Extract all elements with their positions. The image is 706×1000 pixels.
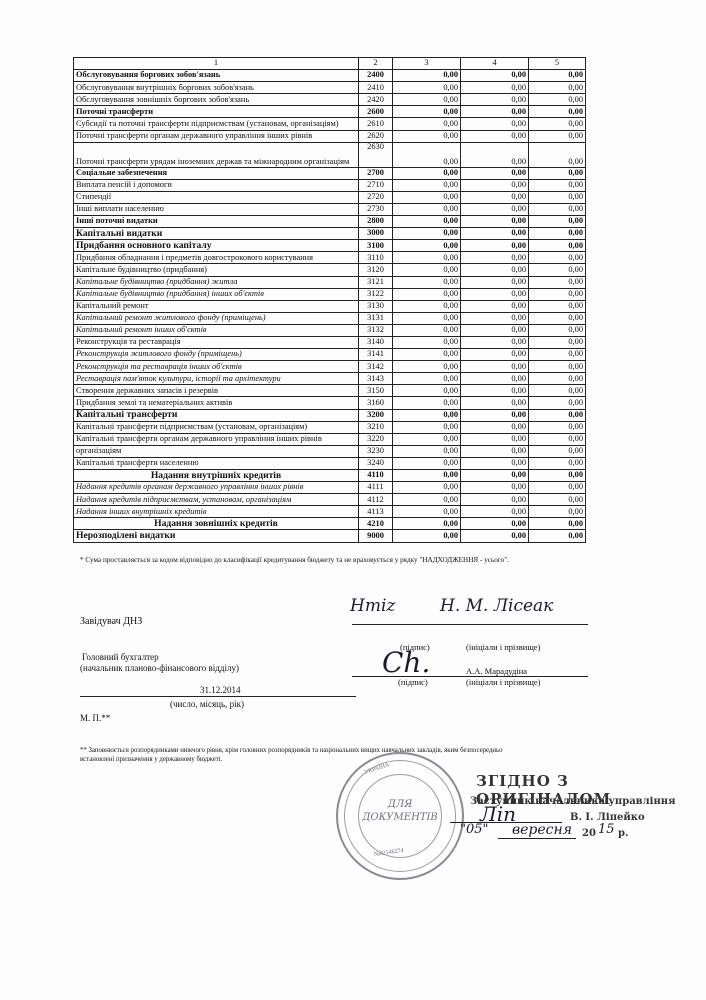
table-row: Капітальний ремонт31300,000,000,00 bbox=[74, 300, 586, 312]
row-code: 3200 bbox=[359, 409, 393, 421]
row-col3: 0,00 bbox=[393, 106, 461, 118]
row-code: 3120 bbox=[359, 264, 393, 276]
table-row: Надання зовнішніх кредитів42100,000,000,… bbox=[74, 518, 586, 530]
certification-year-unit: р. bbox=[618, 828, 628, 839]
row-col3: 0,00 bbox=[393, 324, 461, 336]
row-code: 3240 bbox=[359, 457, 393, 469]
stamp-center-text: ДЛЯ ДОКУМЕНТІВ bbox=[338, 798, 462, 824]
row-col4: 0,00 bbox=[461, 276, 529, 288]
row-col4: 0,00 bbox=[461, 106, 529, 118]
stamp-center-line1: ДЛЯ bbox=[338, 798, 462, 811]
document-page: 1 2 3 4 5 Обслуговування боргових зобов'… bbox=[0, 0, 706, 1000]
row-label: Реконструкція та реставрація bbox=[74, 336, 359, 348]
row-code: 2420 bbox=[359, 94, 393, 106]
row-label: Капітальні видатки bbox=[74, 228, 359, 240]
seal-label: М. П.** bbox=[80, 713, 110, 723]
row-code: 3140 bbox=[359, 336, 393, 348]
row-col5: 0,00 bbox=[529, 409, 586, 421]
row-col4: 0,00 bbox=[461, 82, 529, 94]
row-label: Надання зовнішніх кредитів bbox=[74, 518, 359, 530]
table-row: Капітальне будівництво (придбання)31200,… bbox=[74, 264, 586, 276]
row-col3: 0,00 bbox=[393, 457, 461, 469]
row-col3: 0,00 bbox=[393, 530, 461, 542]
row-code: 3000 bbox=[359, 228, 393, 240]
table-row: Створення державних запасів і резервів31… bbox=[74, 385, 586, 397]
table-row: Інші поточні видатки28000,000,000,00 bbox=[74, 216, 586, 228]
row-col5: 0,00 bbox=[529, 252, 586, 264]
table-row: Капітальний ремонт житлового фонду (прим… bbox=[74, 312, 586, 324]
row-col4: 0,00 bbox=[461, 94, 529, 106]
row-col5: 0,00 bbox=[529, 203, 586, 215]
row-col3: 0,00 bbox=[393, 445, 461, 457]
row-col4: 0,00 bbox=[461, 506, 529, 518]
row-label: Надання інших внутрішніх кредитів bbox=[74, 506, 359, 518]
row-col5: 0,00 bbox=[529, 385, 586, 397]
row-col3: 0,00 bbox=[393, 300, 461, 312]
row-col5: 0,00 bbox=[529, 82, 586, 94]
row-col4: 0,00 bbox=[461, 409, 529, 421]
row-col5: 0,00 bbox=[529, 312, 586, 324]
table-row: Надання кредитів органам державного упра… bbox=[74, 482, 586, 494]
row-label: Інші виплати населенню bbox=[74, 203, 359, 215]
row-code: 2600 bbox=[359, 106, 393, 118]
table-row: Капітальні трансферти підприємствам (уст… bbox=[74, 421, 586, 433]
row-code: 4112 bbox=[359, 494, 393, 506]
row-col3: 0,00 bbox=[393, 276, 461, 288]
head-title: Завідувач ДНЗ bbox=[80, 616, 142, 627]
row-code: 3130 bbox=[359, 300, 393, 312]
row-col4: 0,00 bbox=[461, 252, 529, 264]
table-row: Капітальне будівництво (придбання) інших… bbox=[74, 288, 586, 300]
row-col5: 0,00 bbox=[529, 421, 586, 433]
row-col4: 0,00 bbox=[461, 457, 529, 469]
accountant-name: А.А. Марадудіна bbox=[466, 666, 527, 676]
row-col3: 0,00 bbox=[393, 397, 461, 409]
row-label: Капітальне будівництво (придбання) bbox=[74, 264, 359, 276]
row-col5: 0,00 bbox=[529, 216, 586, 228]
row-col3: 0,00 bbox=[393, 167, 461, 179]
row-col3: 0,00 bbox=[393, 409, 461, 421]
row-col4: 0,00 bbox=[461, 300, 529, 312]
stamp-center-line2: ДОКУМЕНТІВ bbox=[338, 811, 462, 824]
row-label: Капітальне будівництво (придбання) інших… bbox=[74, 288, 359, 300]
table-row: Поточні трансферти урядам іноземних держ… bbox=[74, 142, 586, 167]
row-col5: 0,00 bbox=[529, 336, 586, 348]
row-label: Поточні трансферти урядам іноземних держ… bbox=[74, 142, 359, 167]
row-code: 2800 bbox=[359, 216, 393, 228]
certification-month-line bbox=[498, 838, 576, 839]
row-code: 4210 bbox=[359, 518, 393, 530]
row-col4: 0,00 bbox=[461, 179, 529, 191]
table-row: Капітальні трансферти населенню32400,000… bbox=[74, 457, 586, 469]
row-col3: 0,00 bbox=[393, 216, 461, 228]
row-label: Надання внутрішніх кредитів bbox=[74, 470, 359, 482]
row-col5: 0,00 bbox=[529, 494, 586, 506]
row-code: 3142 bbox=[359, 361, 393, 373]
accountant-subtitle: (начальник планово-фінансового відділу) bbox=[80, 663, 239, 673]
accountant-sign-caption: (підпис) bbox=[398, 677, 428, 687]
row-code: 3121 bbox=[359, 276, 393, 288]
row-code: 3143 bbox=[359, 373, 393, 385]
row-label: Капітальне будівництво (придбання) житла bbox=[74, 276, 359, 288]
row-label: Капітальні трансферти населенню bbox=[74, 457, 359, 469]
head-name-handwritten: Н. М. Лісеак bbox=[440, 596, 553, 616]
row-col4: 0,00 bbox=[461, 397, 529, 409]
table-row: Обслуговування боргових зобов'язань24000… bbox=[74, 70, 586, 82]
row-col4: 0,00 bbox=[461, 470, 529, 482]
row-code: 3150 bbox=[359, 385, 393, 397]
row-col4: 0,00 bbox=[461, 167, 529, 179]
row-code: 4111 bbox=[359, 482, 393, 494]
row-col4: 0,00 bbox=[461, 240, 529, 252]
row-label: Стипендії bbox=[74, 191, 359, 203]
table-row: Капітальні трансферти органам державного… bbox=[74, 433, 586, 445]
row-code: 2410 bbox=[359, 82, 393, 94]
row-label: Придбання землі та нематеріальних активі… bbox=[74, 397, 359, 409]
row-col3: 0,00 bbox=[393, 203, 461, 215]
header-col-2: 2 bbox=[359, 58, 393, 70]
row-col5: 0,00 bbox=[529, 300, 586, 312]
row-code: 2700 bbox=[359, 167, 393, 179]
table-row: Капітальне будівництво (придбання) житла… bbox=[74, 276, 586, 288]
row-label: Реконструкція та реставрація інших об'єк… bbox=[74, 361, 359, 373]
row-code: 3132 bbox=[359, 324, 393, 336]
footnote-lower-level: ** Заповнюється розпорядниками нижчого р… bbox=[80, 746, 520, 764]
row-col3: 0,00 bbox=[393, 70, 461, 82]
table-row: Нерозподілені видатки90000,000,000,00 bbox=[74, 530, 586, 542]
row-code: 3131 bbox=[359, 312, 393, 324]
row-code: 3110 bbox=[359, 252, 393, 264]
table-row: Придбання обладнання і предметів довгост… bbox=[74, 252, 586, 264]
table-row: Надання внутрішніх кредитів41100,000,000… bbox=[74, 470, 586, 482]
row-label: Поточні трансферти bbox=[74, 106, 359, 118]
table-row: Придбання основного капіталу31000,000,00… bbox=[74, 240, 586, 252]
header-col-3: 3 bbox=[393, 58, 461, 70]
table-row: Поточні трансферти26000,000,000,00 bbox=[74, 106, 586, 118]
row-col3: 0,00 bbox=[393, 252, 461, 264]
row-label: Капітальний ремонт інших об'єктів bbox=[74, 324, 359, 336]
head-signature: Hmiz bbox=[350, 596, 395, 616]
table-row: Соціальне забезпечення27000,000,000,00 bbox=[74, 167, 586, 179]
row-label: Соціальне забезпечення bbox=[74, 167, 359, 179]
row-col5: 0,00 bbox=[529, 240, 586, 252]
row-label: Надання кредитів підприємствам, установа… bbox=[74, 494, 359, 506]
row-col4: 0,00 bbox=[461, 494, 529, 506]
row-code: 2620 bbox=[359, 130, 393, 142]
row-label: Капітальні трансферти bbox=[74, 409, 359, 421]
row-label: Придбання обладнання і предметів довгост… bbox=[74, 252, 359, 264]
row-col5: 0,00 bbox=[529, 518, 586, 530]
row-col5: 0,00 bbox=[529, 324, 586, 336]
row-label: Виплата пенсій і допомоги bbox=[74, 179, 359, 191]
table-row: Реконструкція та реставрація31400,000,00… bbox=[74, 336, 586, 348]
row-code: 2710 bbox=[359, 179, 393, 191]
table-row: Інші виплати населенню27300,000,000,00 bbox=[74, 203, 586, 215]
row-label: Капітальний ремонт bbox=[74, 300, 359, 312]
row-code: 3122 bbox=[359, 288, 393, 300]
expenditure-table: 1 2 3 4 5 Обслуговування боргових зобов'… bbox=[73, 57, 586, 543]
stamp-ring-text: УКРАЇНА bbox=[364, 762, 390, 776]
row-code: 3160 bbox=[359, 397, 393, 409]
row-label: Створення державних запасів і резервів bbox=[74, 385, 359, 397]
row-col4: 0,00 bbox=[461, 482, 529, 494]
certification-month: вересня bbox=[512, 822, 572, 838]
row-label: Капітальні трансферти органам державного… bbox=[74, 433, 359, 445]
row-code: 3141 bbox=[359, 349, 393, 361]
row-col4: 0,00 bbox=[461, 70, 529, 82]
row-code: 2630 bbox=[359, 142, 393, 167]
row-col5: 0,00 bbox=[529, 70, 586, 82]
table-row: Виплата пенсій і допомоги27100,000,000,0… bbox=[74, 179, 586, 191]
row-col4: 0,00 bbox=[461, 385, 529, 397]
accountant-name-caption: (ініціали і прізвище) bbox=[466, 677, 541, 687]
row-col5: 0,00 bbox=[529, 433, 586, 445]
row-col3: 0,00 bbox=[393, 82, 461, 94]
date-caption: (число, місяць, рік) bbox=[170, 699, 244, 709]
header-col-1: 1 bbox=[74, 58, 359, 70]
table-row: Стипендії27200,000,000,00 bbox=[74, 191, 586, 203]
row-col5: 0,00 bbox=[529, 530, 586, 542]
row-col5: 0,00 bbox=[529, 470, 586, 482]
row-code: 3100 bbox=[359, 240, 393, 252]
row-col3: 0,00 bbox=[393, 482, 461, 494]
accountant-signature: Ch. bbox=[382, 646, 430, 679]
row-col5: 0,00 bbox=[529, 397, 586, 409]
row-col5: 0,00 bbox=[529, 276, 586, 288]
table-row: Надання кредитів підприємствам, установа… bbox=[74, 494, 586, 506]
row-col4: 0,00 bbox=[461, 118, 529, 130]
table-row: Капітальний ремонт інших об'єктів31320,0… bbox=[74, 324, 586, 336]
row-col4: 0,00 bbox=[461, 530, 529, 542]
official-stamp: УКРАЇНА ДЛЯ ДОКУМЕНТІВ №02146274 bbox=[336, 752, 464, 880]
row-col3: 0,00 bbox=[393, 142, 461, 167]
row-label: Субсидії та поточні трансферти підприємс… bbox=[74, 118, 359, 130]
row-col4: 0,00 bbox=[461, 445, 529, 457]
row-col5: 0,00 bbox=[529, 506, 586, 518]
table-header-row: 1 2 3 4 5 bbox=[74, 58, 586, 70]
row-col4: 0,00 bbox=[461, 216, 529, 228]
row-label: Нерозподілені видатки bbox=[74, 530, 359, 542]
table-row: Капітальні трансферти32000,000,000,00 bbox=[74, 409, 586, 421]
row-col3: 0,00 bbox=[393, 506, 461, 518]
row-col3: 0,00 bbox=[393, 361, 461, 373]
table-row: Поточні трансферти органам державного уп… bbox=[74, 130, 586, 142]
row-col3: 0,00 bbox=[393, 433, 461, 445]
head-signature-line bbox=[352, 624, 588, 625]
row-col5: 0,00 bbox=[529, 142, 586, 167]
row-col5: 0,00 bbox=[529, 179, 586, 191]
row-code: 2720 bbox=[359, 191, 393, 203]
table-row: Субсидії та поточні трансферти підприємс… bbox=[74, 118, 586, 130]
row-col3: 0,00 bbox=[393, 228, 461, 240]
row-code: 4110 bbox=[359, 470, 393, 482]
row-col5: 0,00 bbox=[529, 106, 586, 118]
row-col5: 0,00 bbox=[529, 118, 586, 130]
row-label: Реставрація пам'яток культури, історії т… bbox=[74, 373, 359, 385]
row-col4: 0,00 bbox=[461, 433, 529, 445]
row-col5: 0,00 bbox=[529, 482, 586, 494]
row-col3: 0,00 bbox=[393, 421, 461, 433]
row-col4: 0,00 bbox=[461, 312, 529, 324]
row-col3: 0,00 bbox=[393, 373, 461, 385]
row-col4: 0,00 bbox=[461, 142, 529, 167]
table-row: Придбання землі та нематеріальних активі… bbox=[74, 397, 586, 409]
header-col-5: 5 bbox=[529, 58, 586, 70]
date-line bbox=[80, 696, 356, 697]
row-col3: 0,00 bbox=[393, 349, 461, 361]
row-col3: 0,00 bbox=[393, 118, 461, 130]
row-col4: 0,00 bbox=[461, 518, 529, 530]
row-col4: 0,00 bbox=[461, 191, 529, 203]
row-col3: 0,00 bbox=[393, 94, 461, 106]
table-row: Капітальні видатки30000,000,000,00 bbox=[74, 228, 586, 240]
row-col5: 0,00 bbox=[529, 349, 586, 361]
report-date: 31.12.2014 bbox=[200, 685, 241, 695]
certification-day: "05" bbox=[460, 822, 489, 837]
row-code: 2610 bbox=[359, 118, 393, 130]
row-col3: 0,00 bbox=[393, 385, 461, 397]
certification-year-suffix: 15 bbox=[598, 822, 615, 837]
row-col3: 0,00 bbox=[393, 264, 461, 276]
row-col4: 0,00 bbox=[461, 421, 529, 433]
table-row: Реконструкція та реставрація інших об'єк… bbox=[74, 361, 586, 373]
row-col5: 0,00 bbox=[529, 288, 586, 300]
row-col5: 0,00 bbox=[529, 191, 586, 203]
row-col3: 0,00 bbox=[393, 240, 461, 252]
row-label: Надання кредитів органам державного упра… bbox=[74, 482, 359, 494]
table-row: Реставрація пам'яток культури, історії т… bbox=[74, 373, 586, 385]
head-name-caption: (ініціали і прізвище) bbox=[466, 642, 541, 652]
row-code: 3210 bbox=[359, 421, 393, 433]
table-row: організаціям32300,000,000,00 bbox=[74, 445, 586, 457]
row-col4: 0,00 bbox=[461, 361, 529, 373]
row-label: Обслуговування боргових зобов'язань bbox=[74, 70, 359, 82]
row-col3: 0,00 bbox=[393, 470, 461, 482]
stamp-code: №02146274 bbox=[374, 848, 404, 858]
row-col3: 0,00 bbox=[393, 518, 461, 530]
row-code: 3220 bbox=[359, 433, 393, 445]
row-col5: 0,00 bbox=[529, 94, 586, 106]
row-col4: 0,00 bbox=[461, 336, 529, 348]
row-col4: 0,00 bbox=[461, 373, 529, 385]
row-label: Обслуговування внутрішніх боргових зобов… bbox=[74, 82, 359, 94]
accountant-title: Головний бухгалтер bbox=[82, 652, 159, 662]
row-col5: 0,00 bbox=[529, 361, 586, 373]
row-col4: 0,00 bbox=[461, 130, 529, 142]
row-col4: 0,00 bbox=[461, 349, 529, 361]
row-col5: 0,00 bbox=[529, 373, 586, 385]
table-row: Надання інших внутрішніх кредитів41130,0… bbox=[74, 506, 586, 518]
row-col4: 0,00 bbox=[461, 203, 529, 215]
certification-year-prefix: 20 bbox=[582, 828, 596, 839]
row-col5: 0,00 bbox=[529, 228, 586, 240]
row-label: Капітальний ремонт житлового фонду (прим… bbox=[74, 312, 359, 324]
row-label: організаціям bbox=[74, 445, 359, 457]
row-code: 3230 bbox=[359, 445, 393, 457]
row-col3: 0,00 bbox=[393, 312, 461, 324]
row-col5: 0,00 bbox=[529, 264, 586, 276]
row-label: Обслуговування зовнішніх боргових зобов'… bbox=[74, 94, 359, 106]
row-label: Реконструкція житлового фонду (приміщень… bbox=[74, 349, 359, 361]
row-col3: 0,00 bbox=[393, 191, 461, 203]
row-code: 4113 bbox=[359, 506, 393, 518]
row-label: Капітальні трансферти підприємствам (уст… bbox=[74, 421, 359, 433]
row-col4: 0,00 bbox=[461, 264, 529, 276]
row-label: Інші поточні видатки bbox=[74, 216, 359, 228]
header-col-4: 4 bbox=[461, 58, 529, 70]
row-label: Придбання основного капіталу bbox=[74, 240, 359, 252]
row-col4: 0,00 bbox=[461, 288, 529, 300]
row-col5: 0,00 bbox=[529, 445, 586, 457]
row-col5: 0,00 bbox=[529, 130, 586, 142]
row-col4: 0,00 bbox=[461, 324, 529, 336]
row-col5: 0,00 bbox=[529, 457, 586, 469]
row-col5: 0,00 bbox=[529, 167, 586, 179]
footnote-credit: * Сума проставляється за кодом відповідн… bbox=[80, 556, 520, 565]
row-col3: 0,00 bbox=[393, 288, 461, 300]
row-col3: 0,00 bbox=[393, 336, 461, 348]
row-col4: 0,00 bbox=[461, 228, 529, 240]
table-row: Реконструкція житлового фонду (приміщень… bbox=[74, 349, 586, 361]
row-col3: 0,00 bbox=[393, 179, 461, 191]
row-label: Поточні трансферти органам державного уп… bbox=[74, 130, 359, 142]
row-col3: 0,00 bbox=[393, 494, 461, 506]
row-code: 2730 bbox=[359, 203, 393, 215]
row-code: 9000 bbox=[359, 530, 393, 542]
table-row: Обслуговування зовнішніх боргових зобов'… bbox=[74, 94, 586, 106]
row-code: 2400 bbox=[359, 70, 393, 82]
row-col3: 0,00 bbox=[393, 130, 461, 142]
table-row: Обслуговування внутрішніх боргових зобов… bbox=[74, 82, 586, 94]
